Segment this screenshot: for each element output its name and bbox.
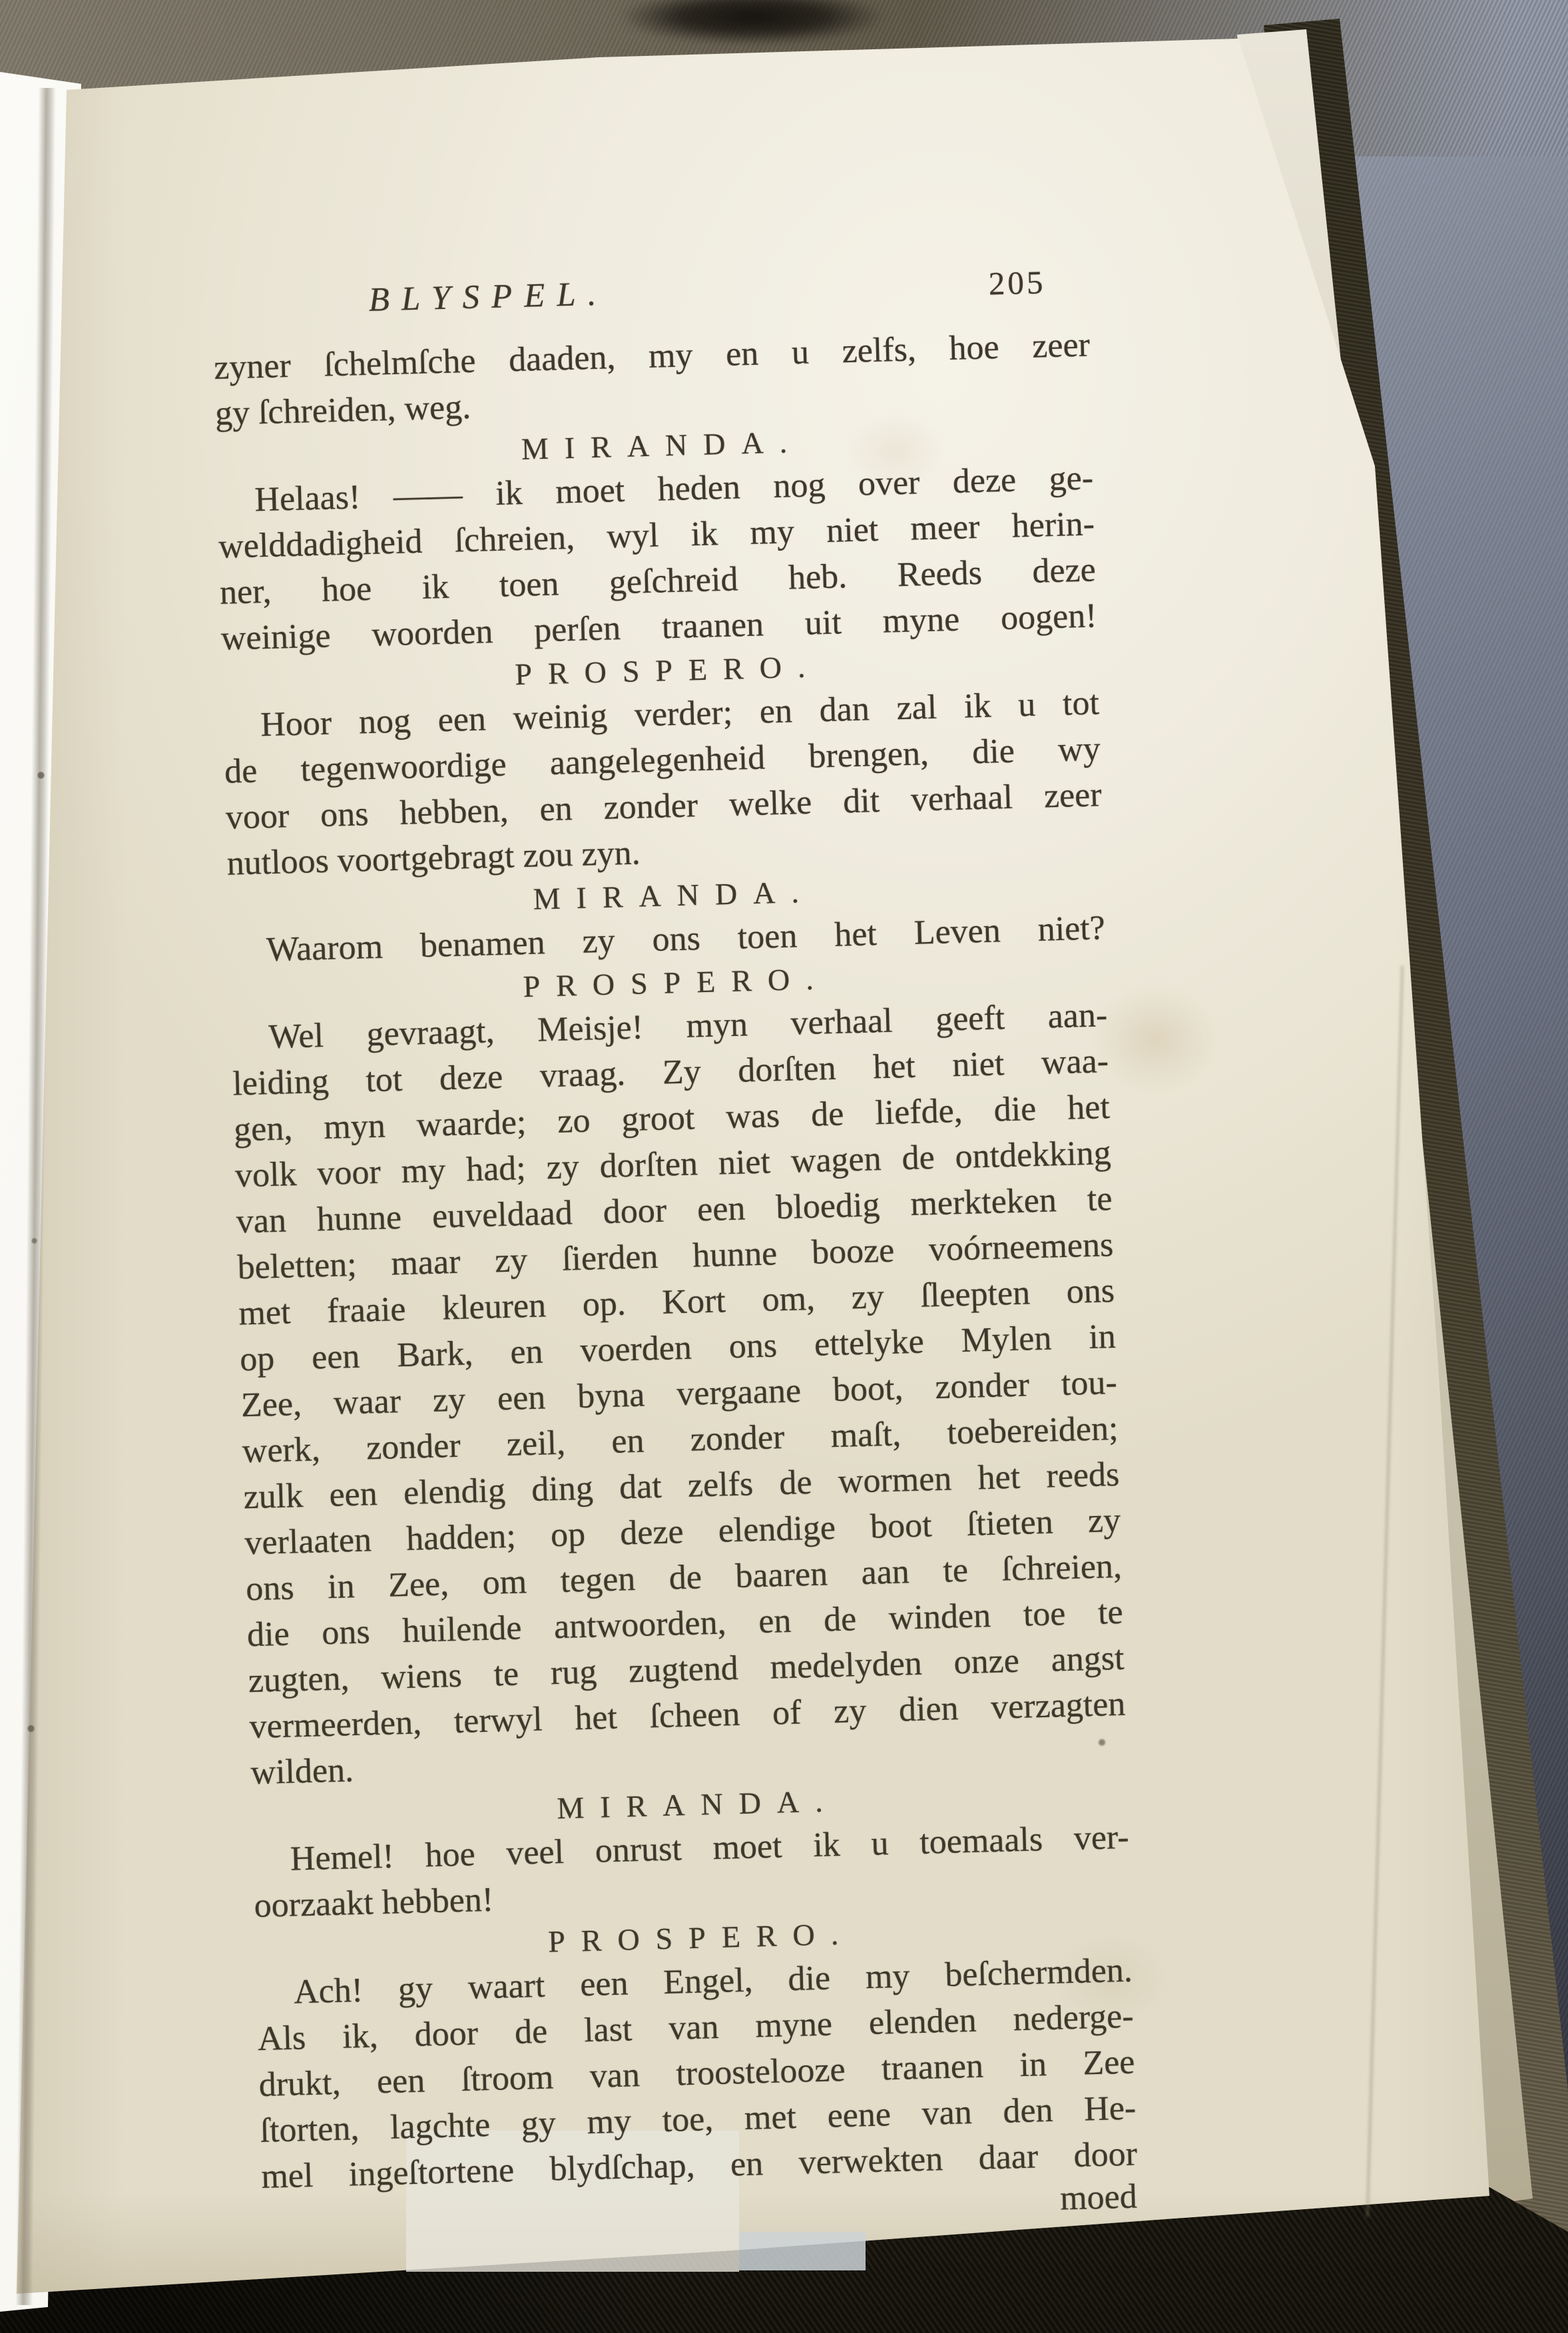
- header-title: BLYSPEL.: [368, 274, 609, 319]
- redaction-patch: [739, 2232, 866, 2270]
- printed-text: BLYSPEL. 205 zynerſchelmſchedaaden,myenu…: [212, 262, 1139, 2240]
- page-number: 205: [988, 263, 1046, 302]
- text-column: zynerſchelmſchedaaden,myenuzelfs,hoezeer…: [213, 322, 1139, 2240]
- stain: [1092, 985, 1218, 1092]
